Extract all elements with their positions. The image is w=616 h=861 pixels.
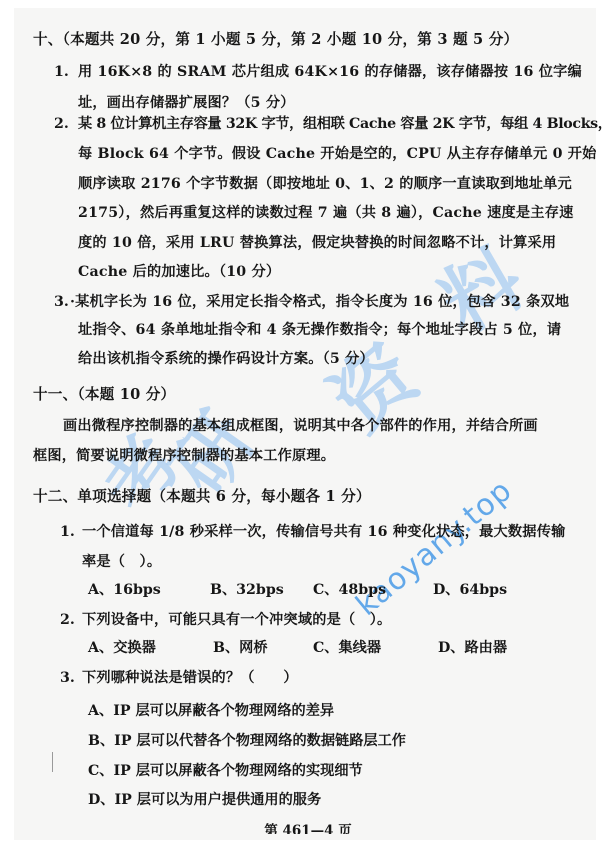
s12-q1-option-c: C、48bps	[313, 581, 386, 599]
s10-q2-line-2: 每 Block 64 个字节。假设 Cache 开始是空的，CPU 从主存存储单…	[78, 145, 597, 163]
s12-q3-option-d: D、IP 层可以为用户提供通用的服务	[88, 791, 321, 809]
s10-q2-number: 2.	[54, 115, 69, 133]
s12-q1-option-b: B、32bps	[210, 581, 284, 599]
section-11-title: 十一、（本题 10 分）	[33, 386, 175, 404]
s12-q1-option-a: A、16bps	[88, 581, 161, 599]
s10-q1-number: 1.	[54, 63, 69, 81]
s12-q3-line-1: 下列哪种说法是错误的？（ ）	[82, 669, 298, 687]
s12-q2-line-1: 下列设备中，可能只具有一个冲突域的是（ ）。	[82, 611, 391, 629]
s12-q2-option-d: D、路由器	[438, 639, 507, 657]
s12-q1-option-d: D、64bps	[433, 581, 507, 599]
s10-q3-line-1: ·某机字长为 16 位，采用定长指令格式，指令长度为 16 位，包含 32 条双…	[70, 293, 569, 311]
s10-q2-line-6: Cache 后的加速比。（10 分）	[78, 263, 280, 281]
s10-q1-line-1: 用 16K×8 的 SRAM 芯片组成 64K×16 的存储器，该存储器按 16…	[78, 63, 582, 81]
s12-q2-option-c: C、集线器	[313, 639, 381, 657]
s10-q2-line-4: 2175），然后再重复这样的读数过程 7 遍（共 8 遍），Cache 速度是主…	[78, 204, 573, 222]
s12-q3-option-c: C、IP 层可以屏蔽各个物理网络的实现细节	[88, 762, 363, 780]
s12-q3-option-a: A、IP 层可以屏蔽各个物理网络的差异	[88, 702, 334, 720]
s11-line-2: 框图，简要说明微程序控制器的基本工作原理。	[33, 447, 335, 465]
s12-q2-option-a: A、交换器	[88, 639, 156, 657]
s12-q3-option-b: B、IP 层可以代替各个物理网络的数据链路层工作	[88, 732, 406, 750]
s10-q2-line-3: 顺序读取 2176 个字节数据（即按地址 0、1、2 的顺序一直读取到地址单元	[78, 175, 572, 193]
s12-q3-number: 3.	[60, 669, 75, 687]
scan-mark	[52, 752, 53, 772]
s10-q3-line-2: 址指令、64 条单地址指令和 4 条无操作数指令；每个地址字段占 5 位，请	[78, 321, 561, 339]
section-12-title: 十二、单项选择题（本题共 6 分，每小题各 1 分）	[33, 488, 371, 506]
s10-q3-line-3: 给出该机指令系统的操作码设计方案。（5 分）	[78, 350, 374, 368]
section-10-title: 十、（本题共 20 分，第 1 小题 5 分，第 2 小题 10 分，第 3 题…	[33, 31, 518, 49]
s12-q2-number: 2.	[60, 611, 75, 629]
s10-q1-line-2: 址，画出存储器扩展图？（5 分）	[78, 94, 295, 112]
s10-q3-number: 3.	[54, 293, 69, 311]
s10-q2-line-1: 某 8 位计算机主存容量 32K 字节，组相联 Cache 容量 2K 字节，每…	[78, 115, 612, 133]
s12-q1-number: 1.	[60, 523, 75, 541]
s12-q1-line-2: 率是（ ）。	[82, 553, 161, 571]
s11-line-1: 画出微程序控制器的基本组成框图，说明其中各个部件的作用，并结合所画	[63, 417, 538, 435]
s12-q2-option-b: B、网桥	[213, 639, 268, 657]
s10-q2-line-5: 度的 10 倍，采用 LRU 替换算法，假定块替换的时间忽略不计，计算采用	[78, 234, 556, 252]
s12-q1-line-1: 一个信道每 1/8 秒采样一次，传输信号共有 16 种变化状态，最大数据传输	[82, 523, 565, 541]
